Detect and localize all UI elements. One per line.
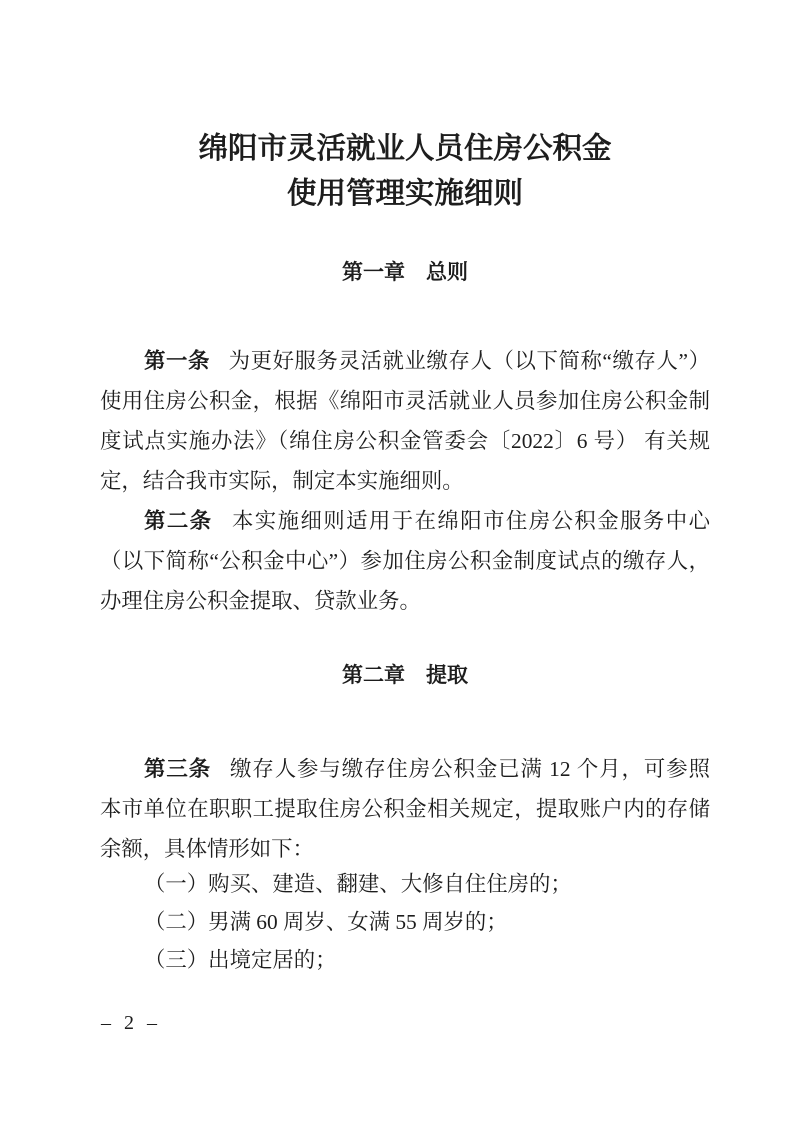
item-2: （二）男满 60 周岁、女满 55 周岁的； xyxy=(100,903,710,941)
article-3: 第三条缴存人参与缴存住房公积金已满 12 个月，可参照本市单位在职职工提取住房公… xyxy=(100,749,710,869)
article-first-line: 第二条本实施细则适用于在绵阳市住房公积金服务中心 xyxy=(100,501,710,541)
article-text: 缴存人参与缴存住房公积金已满 12 个月，可参照 xyxy=(229,757,710,781)
article-first-line: 第三条缴存人参与缴存住房公积金已满 12 个月，可参照 xyxy=(100,749,710,789)
article-2: 第二条本实施细则适用于在绵阳市住房公积金服务中心（以下简称“公积金中心”）参加住… xyxy=(100,501,710,621)
article-number-label: 第二条 xyxy=(144,509,213,533)
document-page: 绵阳市灵活就业人员住房公积金 使用管理实施细则 第一章 总则第一条为更好服务灵活… xyxy=(0,0,793,1122)
article-text: 为更好服务灵活就业缴存人（以下简称“缴存人”） xyxy=(228,349,710,373)
article-line: （以下简称“公积金中心”）参加住房公积金制度试点的缴存人， xyxy=(100,541,710,581)
item-1: （一）购买、建造、翻建、大修自住住房的； xyxy=(100,865,710,903)
article-line: 定，结合我市实际，制定本实施细则。 xyxy=(100,461,710,501)
article-text: 本实施细则适用于在绵阳市住房公积金服务中心 xyxy=(231,509,710,533)
article-number-label: 第一条 xyxy=(144,349,210,373)
item-3: （三）出境定居的； xyxy=(100,941,710,979)
article-1: 第一条为更好服务灵活就业缴存人（以下简称“缴存人”）使用住房公积金，根据《绵阳市… xyxy=(100,341,710,501)
document-content: 绵阳市灵活就业人员住房公积金 使用管理实施细则 第一章 总则第一条为更好服务灵活… xyxy=(100,0,710,979)
article-line: 度试点实施办法》（绵住房公积金管委会〔2022〕6 号） 有关规 xyxy=(100,421,710,461)
article-line: 本市单位在职职工提取住房公积金相关规定，提取账户内的存储 xyxy=(100,789,710,829)
chapter-1: 第一章 总则 xyxy=(100,257,710,289)
article-line: 办理住房公积金提取、贷款业务。 xyxy=(100,581,710,621)
article-line: 使用住房公积金，根据《绵阳市灵活就业人员参加住房公积金制 xyxy=(100,381,710,421)
document-title-line-2: 使用管理实施细则 xyxy=(100,172,710,217)
article-first-line: 第一条为更好服务灵活就业缴存人（以下简称“缴存人”） xyxy=(100,341,710,381)
chapter-2: 第二章 提取 xyxy=(100,660,710,692)
document-title-line-1: 绵阳市灵活就业人员住房公积金 xyxy=(100,127,710,172)
page-number: – 2 – xyxy=(101,1012,159,1035)
article-line: 余额，具体情形如下： xyxy=(100,829,710,869)
article-number-label: 第三条 xyxy=(144,757,211,781)
document-body: 第一章 总则第一条为更好服务灵活就业缴存人（以下简称“缴存人”）使用住房公积金，… xyxy=(100,257,710,979)
document-title: 绵阳市灵活就业人员住房公积金 使用管理实施细则 xyxy=(100,0,710,217)
